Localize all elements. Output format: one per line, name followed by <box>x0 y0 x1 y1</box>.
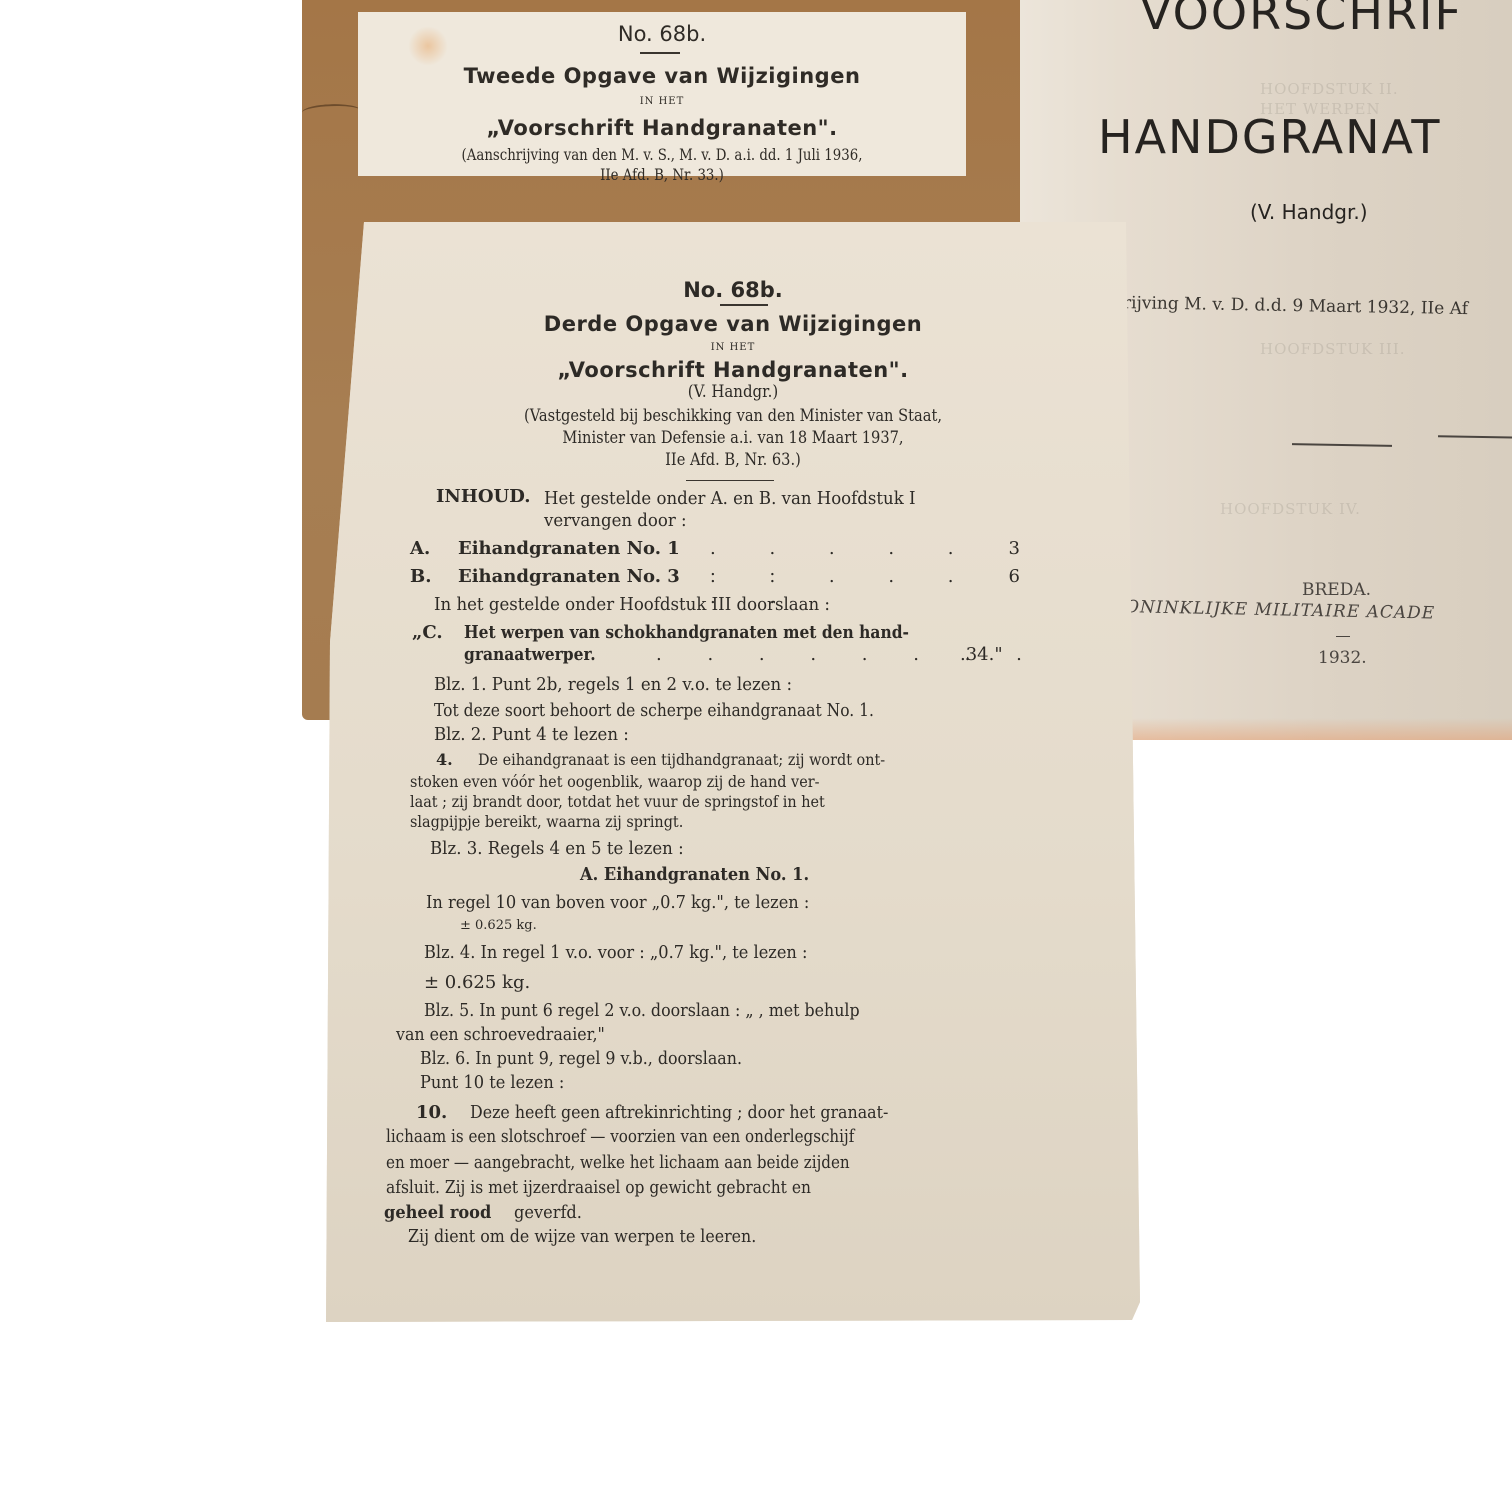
amendment-value: ± 0.625 kg. <box>460 918 537 933</box>
booklet-publisher: E KONINKLIJKE MILITAIRE ACADE <box>1092 596 1436 623</box>
booklet-abbreviation: (V. Handgr.) <box>1250 200 1368 224</box>
toc-text: Eihandgranaten No. 1 <box>458 538 680 559</box>
label-reference-line1: (Aanschrijving van den M. v. S., M. v. D… <box>401 146 924 164</box>
toc-text: Eihandgranaten No. 3 <box>458 566 680 587</box>
point4-line: slagpijpje bereikt, waarna zij springt. <box>410 812 683 831</box>
point-number: 4. <box>436 750 453 769</box>
rust-stain <box>1100 718 1512 740</box>
strike-item-page: .34." <box>960 644 1003 665</box>
contents-intro: vervangen door : <box>544 510 687 531</box>
established-line: IIe Afd. B, Nr. 63.) <box>383 450 1083 470</box>
point4-line: stoken even vóór het oogenblik, waarop z… <box>410 772 819 791</box>
point-number: 10. <box>416 1102 447 1123</box>
toc-page: 3 <box>1009 538 1020 559</box>
amendment-instruction: Blz. 5. In punt 6 regel 2 v.o. doorslaan… <box>424 1000 860 1021</box>
toc-letter: A. <box>410 538 430 559</box>
amendment-text: Tot deze soort behoort de scherpe eihand… <box>434 700 874 721</box>
booklet-title-line2: HANDGRANAT <box>1098 110 1442 164</box>
point10-line: en moer — aangebracht, welke het lichaam… <box>386 1152 850 1173</box>
strike-item-letter: „C. <box>412 622 443 643</box>
page-number: No. 68b. <box>326 278 1140 302</box>
amendment-instruction: Blz. 1. Punt 2b, regels 1 en 2 v.o. te l… <box>434 674 792 695</box>
strike-item-text: Het werpen van schokhandgranaten met den… <box>464 622 909 643</box>
label-number: No. 68b. <box>358 22 966 46</box>
section-heading: A. Eihandgranaten No. 1. <box>580 864 809 885</box>
amendment-instruction: van een schroevedraaier," <box>396 1024 605 1045</box>
divider <box>1292 443 1392 447</box>
amendment-instruction: Blz. 2. Punt 4 te lezen : <box>434 724 629 745</box>
point10-line: lichaam is een slotschroef — voorzien va… <box>386 1126 854 1147</box>
amendment-value: ± 0.625 kg. <box>424 972 530 993</box>
bleed-through-text: HOOFDSTUK IV. <box>1220 500 1361 518</box>
booklet-city: BREDA. <box>1302 580 1371 600</box>
divider <box>720 304 768 306</box>
label-in-het: IN HET <box>358 96 966 107</box>
page-abbreviation: (V. Handgr.) <box>375 382 1091 402</box>
closing-line: Zij dient om de wijze van werpen te leer… <box>408 1226 756 1247</box>
amendment-instruction: In regel 10 van boven voor „0.7 kg.", te… <box>426 892 809 913</box>
strike-item-text: granaatwerper. <box>464 644 596 665</box>
booklet-title-line1: VOORSCHRIF <box>1140 0 1463 40</box>
toc-page: 6 <box>1009 566 1020 587</box>
established-line: (Vastgesteld bij beschikking van den Min… <box>383 406 1083 426</box>
divider <box>1336 636 1350 637</box>
point4-line: De eihandgranaat is een tijdhandgranaat;… <box>478 750 885 769</box>
page-in-het: IN HET <box>326 342 1140 353</box>
page-subject: „Voorschrift Handgranaten". <box>326 358 1140 382</box>
amendment-page: No. 68b. Derde Opgave van Wijzigingen IN… <box>326 222 1140 1322</box>
point10-emphasis: geheel rood <box>384 1202 491 1223</box>
divider <box>1438 435 1512 440</box>
contents-intro: Het gestelde onder A. en B. van Hoofdstu… <box>544 488 916 509</box>
contents-heading: INHOUD. <box>436 486 531 507</box>
divider <box>686 480 774 481</box>
page-title: Derde Opgave van Wijzigingen <box>326 312 1140 336</box>
label-subject: „Voorschrift Handgranaten". <box>358 116 966 140</box>
bleed-through-text: HOOFDSTUK III. <box>1260 340 1406 358</box>
pasted-label: No. 68b. Tweede Opgave van Wijzigingen I… <box>358 12 966 176</box>
bleed-through-text: HOOFDSTUK II. <box>1260 80 1399 98</box>
divider <box>640 52 680 54</box>
point10-line: Deze heeft geen aftrekinrichting ; door … <box>470 1102 888 1123</box>
strike-intro: In het gestelde onder Hoofdstuk III door… <box>434 594 830 615</box>
label-title: Tweede Opgave van Wijzigingen <box>358 64 966 88</box>
point10-end: geverfd. <box>514 1202 582 1223</box>
point4-line: laat ; zij brandt door, totdat het vuur … <box>410 792 825 811</box>
toc-letter: B. <box>410 566 431 587</box>
amendment-instruction: Blz. 6. In punt 9, regel 9 v.b., doorsla… <box>420 1048 742 1069</box>
amendment-instruction: Punt 10 te lezen : <box>420 1072 564 1093</box>
amendment-instruction: Blz. 3. Regels 4 en 5 te lezen : <box>430 838 684 859</box>
booklet-reference: hrijving M. v. D. d.d. 9 Maart 1932, IIe… <box>1112 293 1468 319</box>
label-reference-line2: IIe Afd. B, Nr. 33.) <box>401 166 924 184</box>
booklet-year: 1932. <box>1318 648 1367 668</box>
amendment-instruction: Blz. 4. In regel 1 v.o. voor : „0.7 kg."… <box>424 942 807 963</box>
point10-line: afsluit. Zij is met ijzerdraaisel op gew… <box>386 1177 811 1198</box>
established-line: Minister van Defensie a.i. van 18 Maart … <box>383 428 1083 448</box>
